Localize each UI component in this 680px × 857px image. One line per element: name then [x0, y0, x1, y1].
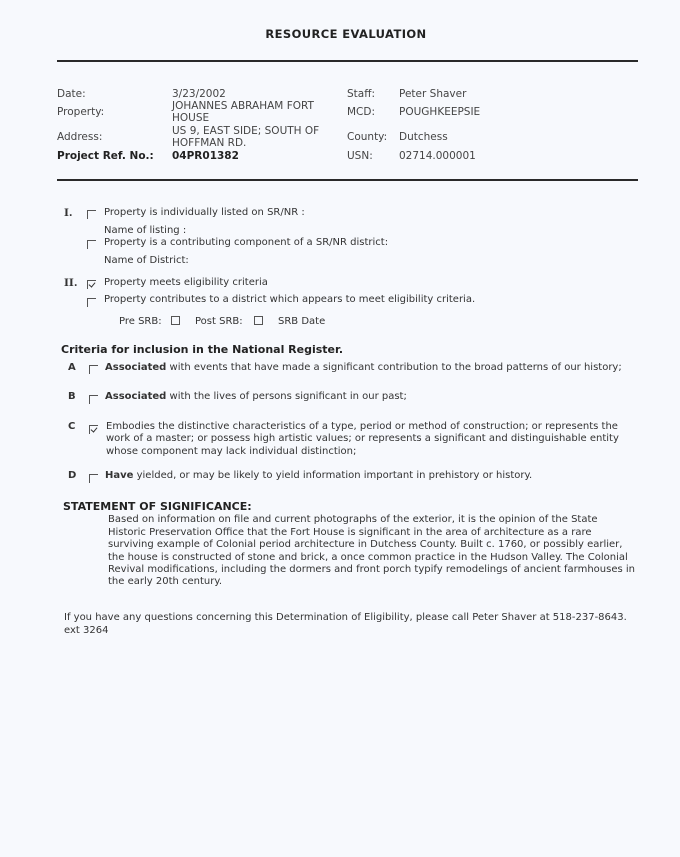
- criterion-a-lead: Associated: [105, 362, 166, 373]
- criterion-a-letter: A: [68, 362, 76, 373]
- contributing-component-label: Property is a contributing component of …: [104, 237, 388, 249]
- usn-label: USN:: [347, 150, 373, 162]
- criterion-d-lead: Have: [105, 470, 133, 481]
- usn-value: 02714.000001: [399, 150, 476, 162]
- document-title: RESOURCE EVALUATION: [0, 27, 680, 41]
- section-i-numeral: I.: [64, 207, 73, 219]
- contributes-to-district-checkbox[interactable]: [87, 298, 96, 307]
- criterion-d-checkbox[interactable]: [89, 474, 98, 483]
- criterion-c-checkbox[interactable]: [89, 425, 98, 434]
- mcd-value: POUGHKEEPSIE: [399, 106, 480, 118]
- property-label: Property:: [57, 106, 104, 118]
- criterion-c-line2: work of a master; or possess high artist…: [106, 433, 619, 445]
- criterion-b-text: Associated with the lives of persons sig…: [105, 391, 407, 403]
- meets-eligibility-checkbox[interactable]: [87, 280, 96, 289]
- staff-value: Peter Shaver: [399, 88, 466, 100]
- statement-line-4: the house is constructed of stone and br…: [108, 552, 628, 564]
- contact-line: If you have any questions concerning thi…: [64, 612, 627, 624]
- contact-extension: ext 3264: [64, 625, 108, 637]
- criterion-b-letter: B: [68, 391, 76, 402]
- project-ref-label: Project Ref. No.:: [57, 150, 154, 162]
- criterion-c-line1: Embodies the distinctive characteristics…: [106, 421, 618, 433]
- resource-evaluation-page: RESOURCE EVALUATION Date: 3/23/2002 Prop…: [0, 0, 680, 857]
- individually-listed-label: Property is individually listed on SR/NR…: [104, 207, 305, 219]
- criterion-a-body: with events that have made a significant…: [166, 362, 621, 373]
- statement-line-6: the early 20th century.: [108, 576, 222, 588]
- name-of-district-label: Name of District:: [104, 255, 189, 267]
- address-value-line2: HOFFMAN RD.: [172, 137, 246, 149]
- criterion-b-body: with the lives of persons significant in…: [166, 391, 407, 402]
- criterion-a-checkbox[interactable]: [89, 365, 98, 374]
- individually-listed-checkbox[interactable]: [87, 210, 96, 219]
- statement-line-3: surviving example of Colonial period arc…: [108, 539, 622, 551]
- criterion-d-text: Have yielded, or may be likely to yield …: [105, 470, 532, 482]
- property-value-line2: HOUSE: [172, 112, 209, 124]
- post-srb-label: Post SRB:: [195, 316, 243, 328]
- address-value-line1: US 9, EAST SIDE; SOUTH OF: [172, 125, 319, 137]
- contributing-component-checkbox[interactable]: [87, 240, 96, 249]
- criterion-d-letter: D: [68, 470, 76, 481]
- pre-srb-checkbox[interactable]: [171, 316, 180, 325]
- srb-date-label: SRB Date: [278, 316, 325, 328]
- project-ref-value: 04PR01382: [172, 150, 239, 162]
- statement-line-5: Revival modifications, including the dor…: [108, 564, 635, 576]
- post-srb-checkbox[interactable]: [254, 316, 263, 325]
- header-bottom-divider: [57, 179, 638, 181]
- criterion-b-lead: Associated: [105, 391, 166, 402]
- property-value-line1: JOHANNES ABRAHAM FORT: [172, 100, 314, 112]
- mcd-label: MCD:: [347, 106, 375, 118]
- pre-srb-label: Pre SRB:: [119, 316, 162, 328]
- meets-eligibility-label: Property meets eligibility criteria: [104, 277, 268, 289]
- statement-line-2: Historic Preservation Office that the Fo…: [108, 527, 592, 539]
- county-value: Dutchess: [399, 131, 448, 143]
- statement-line-1: Based on information on file and current…: [108, 514, 598, 526]
- criterion-d-body: yielded, or may be likely to yield infor…: [133, 470, 532, 481]
- criterion-b-checkbox[interactable]: [89, 395, 98, 404]
- address-label: Address:: [57, 131, 102, 143]
- contributes-to-district-label: Property contributes to a district which…: [104, 294, 475, 306]
- statement-heading: STATEMENT OF SIGNIFICANCE:: [63, 500, 252, 513]
- county-label: County:: [347, 131, 387, 143]
- criterion-c-line3: whose component may lack individual dist…: [106, 446, 356, 458]
- criterion-a-text: Associated with events that have made a …: [105, 362, 622, 374]
- date-value: 3/23/2002: [172, 88, 226, 100]
- staff-label: Staff:: [347, 88, 375, 100]
- section-ii-numeral: II.: [64, 277, 77, 289]
- top-divider: [57, 60, 638, 62]
- criteria-heading: Criteria for inclusion in the National R…: [61, 343, 343, 356]
- name-of-listing-label: Name of listing :: [104, 225, 186, 237]
- criterion-c-letter: C: [68, 421, 75, 432]
- date-label: Date:: [57, 88, 86, 100]
